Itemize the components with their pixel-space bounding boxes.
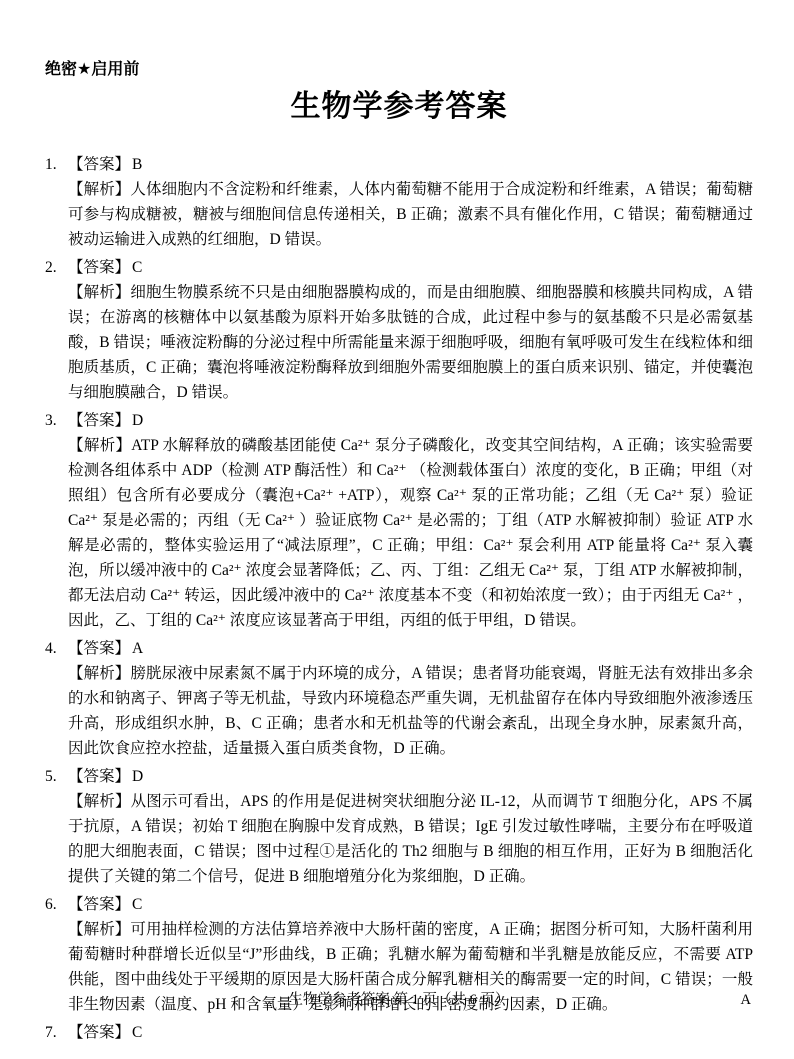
item-number: 4. <box>45 636 67 661</box>
item-number: 3. <box>45 408 67 433</box>
answer-value: D <box>130 412 143 429</box>
analysis-body: 人体细胞内不含淀粉和纤维素，人体内葡萄糖不能用于合成淀粉和纤维素，A 错误；葡萄… <box>68 181 753 248</box>
answer-label: 【答案】 <box>68 412 130 429</box>
page-number-text: 生物学参考答案 第 1 页（共 6 页） <box>45 989 753 1011</box>
answer-item-7: 7. 【答案】C <box>68 1020 753 1045</box>
answer-line: 【答案】A <box>68 636 753 661</box>
answer-label: 【答案】 <box>68 259 130 276</box>
item-number: 6. <box>45 892 67 917</box>
item-number: 1. <box>45 152 67 177</box>
answer-item-4: 4. 【答案】A 【解析】膀胱尿液中尿素氮不属于内环境的成分，A 错误；患者肾功… <box>68 636 753 761</box>
page-footer: 生物学参考答案 第 1 页（共 6 页） A <box>45 989 753 1011</box>
item-number: 5. <box>45 764 67 789</box>
analysis-body: 从图示可看出，APS 的作用是促进树突状细胞分泌 IL-12，从而调节 T 细胞… <box>68 793 753 885</box>
answer-item-2: 2. 【答案】C 【解析】细胞生物膜系统不只是由细胞器膜构成的，而是由细胞膜、细… <box>68 255 753 405</box>
answer-line: 【答案】D <box>68 408 753 433</box>
answer-line: 【答案】B <box>68 152 753 177</box>
answer-list: 1. 【答案】B 【解析】人体细胞内不含淀粉和纤维素，人体内葡萄糖不能用于合成淀… <box>45 152 753 1045</box>
answer-value: C <box>130 896 142 913</box>
item-number: 2. <box>45 255 67 280</box>
answer-value: C <box>130 259 142 276</box>
analysis-label: 【解析】 <box>68 284 130 301</box>
analysis-label: 【解析】 <box>68 921 130 938</box>
answer-item-5: 5. 【答案】D 【解析】从图示可看出，APS 的作用是促进树突状细胞分泌 IL… <box>68 764 753 889</box>
page-title: 生物学参考答案 <box>45 90 753 124</box>
answer-line: 【答案】C <box>68 1020 753 1045</box>
answer-label: 【答案】 <box>68 768 130 785</box>
analysis-text: 【解析】ATP 水解释放的磷酸基团能使 Ca²⁺ 泵分子磷酸化，改变其空间结构，… <box>68 433 753 633</box>
answer-value: D <box>130 768 143 785</box>
answer-value: C <box>130 1024 142 1041</box>
answer-label: 【答案】 <box>68 896 130 913</box>
answer-label: 【答案】 <box>68 1024 130 1041</box>
classification-banner: 绝密★启用前 <box>45 60 753 80</box>
analysis-label: 【解析】 <box>68 181 130 198</box>
analysis-text: 【解析】从图示可看出，APS 的作用是促进树突状细胞分泌 IL-12，从而调节 … <box>68 789 753 889</box>
analysis-text: 【解析】膀胱尿液中尿素氮不属于内环境的成分，A 错误；患者肾功能衰竭，肾脏无法有… <box>68 661 753 761</box>
answer-item-1: 1. 【答案】B 【解析】人体细胞内不含淀粉和纤维素，人体内葡萄糖不能用于合成淀… <box>68 152 753 252</box>
analysis-label: 【解析】 <box>68 793 131 810</box>
answer-item-3: 3. 【答案】D 【解析】ATP 水解释放的磷酸基团能使 Ca²⁺ 泵分子磷酸化… <box>68 408 753 633</box>
document-page: 绝密★启用前 生物学参考答案 1. 【答案】B 【解析】人体细胞内不含淀粉和纤维… <box>0 0 794 1059</box>
analysis-body: 细胞生物膜系统不只是由细胞器膜构成的，而是由细胞膜、细胞器膜和核膜共同构成，A … <box>68 284 753 401</box>
answer-line: 【答案】C <box>68 892 753 917</box>
analysis-body: 膀胱尿液中尿素氮不属于内环境的成分，A 错误；患者肾功能衰竭，肾脏无法有效排出多… <box>68 665 753 757</box>
answer-label: 【答案】 <box>68 156 130 173</box>
paper-version-letter: A <box>741 989 751 1011</box>
answer-value: B <box>130 156 142 173</box>
analysis-label: 【解析】 <box>68 437 131 454</box>
answer-line: 【答案】D <box>68 764 753 789</box>
analysis-label: 【解析】 <box>68 665 130 682</box>
item-number: 7. <box>45 1020 67 1045</box>
answer-label: 【答案】 <box>68 640 130 657</box>
answer-value: A <box>130 640 143 657</box>
analysis-body: ATP 水解释放的磷酸基团能使 Ca²⁺ 泵分子磷酸化，改变其空间结构，A 正确… <box>68 437 753 629</box>
analysis-text: 【解析】人体细胞内不含淀粉和纤维素，人体内葡萄糖不能用于合成淀粉和纤维素，A 错… <box>68 177 753 252</box>
answer-line: 【答案】C <box>68 255 753 280</box>
analysis-text: 【解析】细胞生物膜系统不只是由细胞器膜构成的，而是由细胞膜、细胞器膜和核膜共同构… <box>68 280 753 405</box>
